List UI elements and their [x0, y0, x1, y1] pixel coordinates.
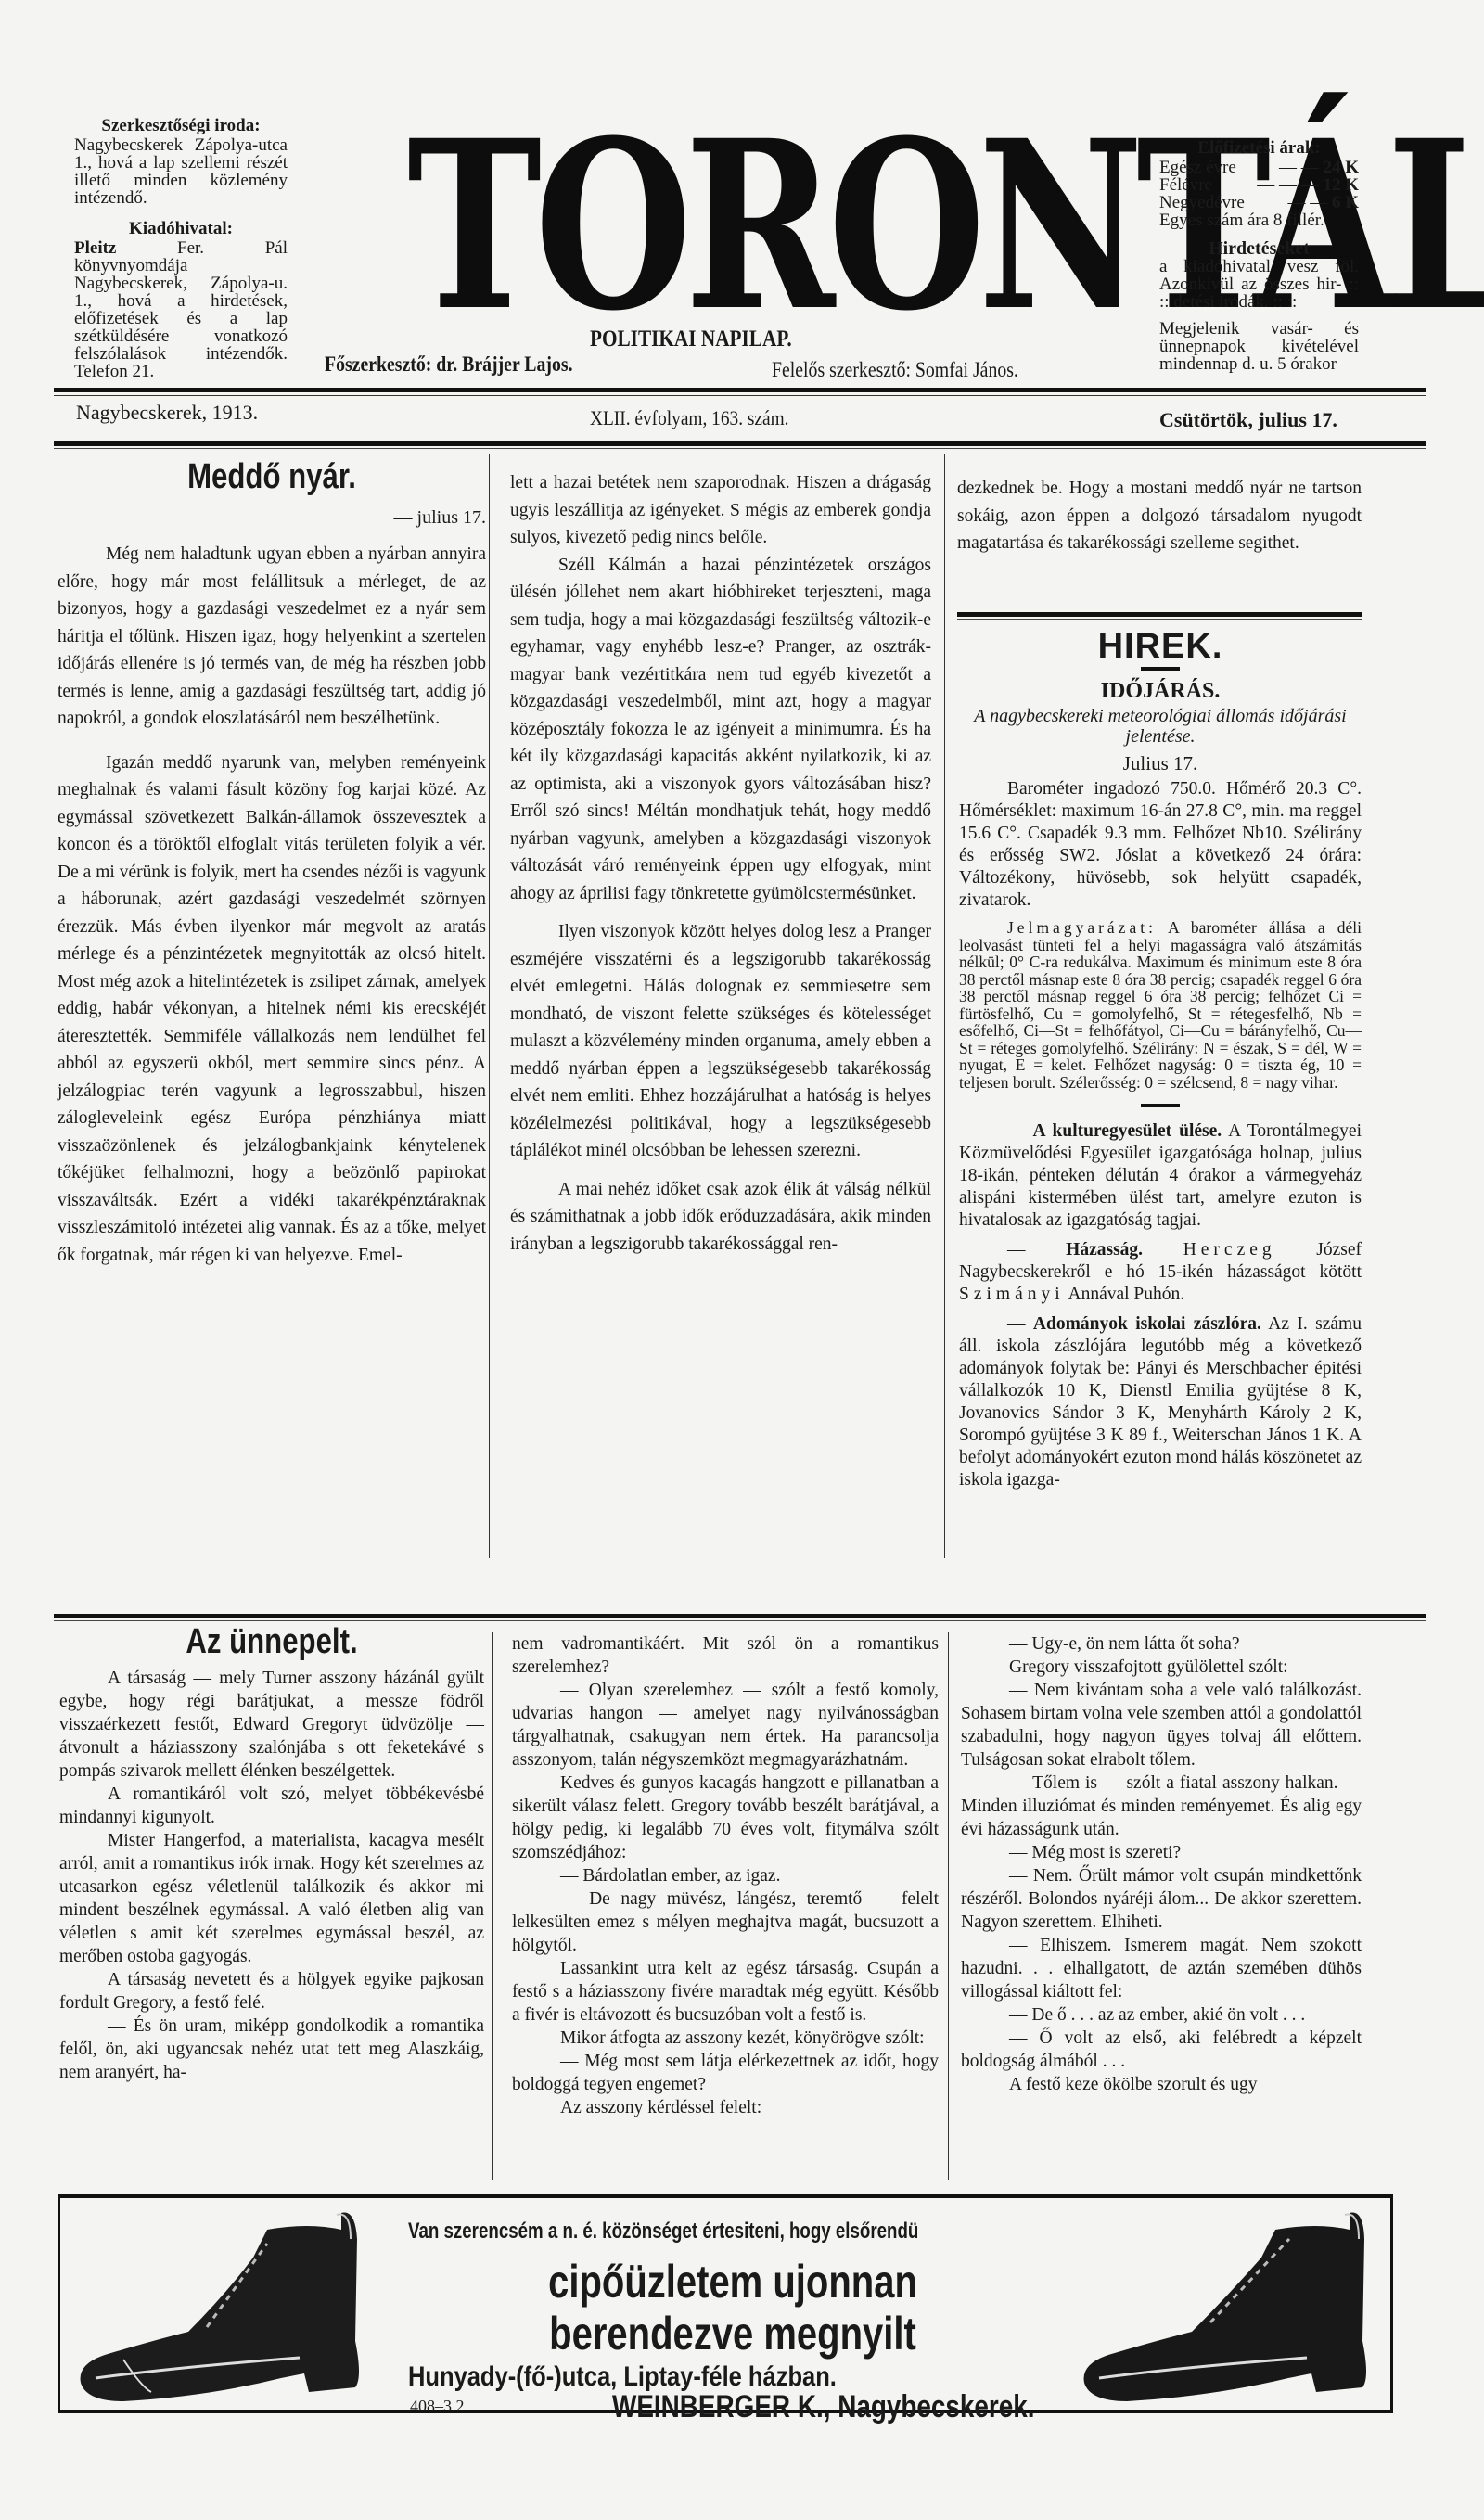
feuilleton-col2: nem vadromantikáért. Mit szól ön a roman…: [512, 1632, 939, 2119]
publishing-office-text: Pleitz Fer. Pál könyvnyomdája Nagybecske…: [74, 239, 288, 380]
paragraph: — És ön uram, miképp gondolkodik a roman…: [59, 2015, 484, 2084]
paragraph: nem vadromantikáért. Mit szól ön a roman…: [512, 1632, 939, 1679]
paragraph: — Még most sem látja elérkezettnek az id…: [512, 2050, 939, 2096]
paragraph: lett a hazai betétek nem szaporodnak. Hi…: [510, 469, 931, 552]
dateline-rule: [54, 441, 1426, 449]
lead-article-col3: dezkednek be. Hogy a mostani meddő nyár …: [957, 475, 1362, 557]
ad-code: 408–3.2: [410, 2397, 465, 2416]
paragraph: Gregory visszafojtott gyülölettel szólt:: [961, 1656, 1362, 1679]
feuilleton-col3: — Ugy-e, ön nem látta őt soha? Gregory v…: [961, 1632, 1362, 2096]
lead-article-headline: Meddő nyár.: [96, 464, 448, 492]
lead-article-col1: Meddő nyár. — julius 17. Még nem haladtu…: [58, 464, 486, 1269]
feuilleton-headline: Az ünnepelt.: [97, 1631, 446, 1654]
paragraph: — Tőlem is — szólt a fiatal asszony halk…: [961, 1772, 1362, 1841]
news-item-marriage: — Házasság. Herczeg József Nagybecskerek…: [959, 1239, 1362, 1306]
paragraph: — Bárdolatlan ember, az igaz.: [512, 1864, 939, 1887]
paragraph: Széll Kálmán a hazai pénzintézetek orszá…: [510, 552, 931, 908]
paragraph: Az asszony kérdéssel felelt:: [512, 2096, 939, 2119]
paragraph: — Ő volt az első, aki felébredt a képzel…: [961, 2027, 1362, 2073]
masthead-rule-thin: [54, 395, 1426, 396]
column-divider: [492, 1632, 493, 2180]
subscription-box: Előfizetési árak: Egész évre— — 24 K Fél…: [1159, 139, 1359, 373]
subscription-heading: Előfizetési árak:: [1159, 139, 1359, 157]
ad-address: Hunyady-(fő-)utca, Liptay-féle házban.: [408, 2361, 837, 2393]
paragraph: Igazán meddő nyarunk van, melyben remény…: [58, 749, 486, 1270]
weather-legend: Jelmagyarázat: A barométer állása a déli…: [959, 919, 1362, 1091]
paragraph: — Olyan szerelemhez — szólt a festő komo…: [512, 1679, 939, 1772]
responsible-editor: Felelős szerkesztő: Somfai János.: [772, 358, 1018, 382]
publication-schedule: Megjelenik vasár- és ünnepnapok kivételé…: [1159, 320, 1359, 373]
editorial-office-heading: Szerkesztőségi iroda:: [74, 117, 288, 134]
editorial-office-box: Szerkesztőségi iroda: Nagybecskerek Zápo…: [74, 117, 288, 380]
paragraph: — De ő . . . az az ember, akié ön volt .…: [961, 2003, 1362, 2027]
ads-info-text: a kiadóhivatal vesz föl. Azonkivül az ös…: [1159, 258, 1359, 311]
dateline-volume-issue: XLII. évfolyam, 163. szám.: [590, 406, 789, 430]
single-issue-price: Egyes szám ára 8 fillér.: [1159, 211, 1359, 229]
feuilleton-rule: [54, 1614, 1426, 1621]
shoe-shop-advertisement: Van szerencsém a n. é. közönséget értesi…: [58, 2194, 1393, 2413]
weather-date: Julius 17.: [959, 752, 1362, 774]
paragraph: A mai nehéz időket csak azok élik át vál…: [510, 1176, 931, 1259]
paragraph: — Elhiszem. Ismerem magát. Nem szokott h…: [961, 1934, 1362, 2003]
paragraph: Kedves és gunyos kacagás hangzott e pill…: [512, 1772, 939, 1864]
editorial-office-text: Nagybecskerek Zápolya-utca 1., hová a la…: [74, 136, 288, 207]
feuilleton-col1: Az ünnepelt. A társaság — mely Turner as…: [59, 1631, 484, 2084]
paragraph: A romantikáról volt szó, melyet többékev…: [59, 1783, 484, 1829]
weather-title: IDŐJÁRÁS.: [959, 680, 1362, 702]
lead-article-col2: lett a hazai betétek nem szaporodnak. Hi…: [510, 469, 931, 1258]
paragraph: — Nem kivántam soha a vele való találkoz…: [961, 1679, 1362, 1772]
weather-subtitle: A nagybecskereki meteorológiai állomás i…: [959, 706, 1362, 747]
paragraph: A társaság — mely Turner asszony házánál…: [59, 1667, 484, 1783]
publishing-office-heading: Kiadóhivatal:: [74, 220, 288, 237]
paragraph: Ilyen viszonyok között helyes dolog lesz…: [510, 918, 931, 1165]
ad-firm-name: WEINBERGER K., Nagybecskerek.: [612, 2389, 1035, 2425]
news-section: HIREK. IDŐJÁRÁS. A nagybecskereki meteor…: [959, 635, 1362, 1491]
news-item-school-flag-donations: — Adományok iskolai zászlóra. Az I. szám…: [959, 1313, 1362, 1491]
paragraph: A festő keze ökölbe szorult és ugy: [961, 2073, 1362, 2096]
dateline-place-year: Nagybecskerek, 1913.: [76, 401, 258, 425]
lead-article-date: — julius 17.: [58, 505, 486, 532]
paragraph: — De nagy müvész, lángész, teremtő — fel…: [512, 1887, 939, 1957]
paragraph: — Még most is szereti?: [961, 1841, 1362, 1864]
newspaper-subtitle: POLITIKAI NAPILAP.: [590, 326, 792, 352]
weather-report: Barométer ingadozó 750.0. Hőmérő 20.3 C°…: [959, 778, 1362, 912]
paragraph: Mister Hangerfod, a materialista, kacagv…: [59, 1829, 484, 1968]
news-section-rule: [957, 612, 1362, 620]
news-item-culture-association: — A kulturegyesület ülése. A Torontálmeg…: [959, 1120, 1362, 1232]
column-divider: [489, 454, 490, 1558]
newspaper-title-logo: TORONTÁL: [407, 119, 1058, 332]
divider-dash: [1141, 667, 1180, 671]
paragraph: — Nem. Őrült mámor volt csupán mindkettő…: [961, 1864, 1362, 1934]
divider-dash: [1141, 1104, 1180, 1107]
boot-illustration-left: [68, 2202, 374, 2411]
price-row: Félévre— — — 12 K: [1159, 176, 1359, 194]
dateline-day-date: Csütörtök, julius 17.: [1159, 408, 1337, 432]
price-row: Egész évre— — 24 K: [1159, 159, 1359, 176]
masthead-rule: [54, 388, 1426, 392]
paragraph: — Ugy-e, ön nem látta őt soha?: [961, 1632, 1362, 1656]
paragraph: dezkednek be. Hogy a mostani meddő nyár …: [957, 475, 1362, 557]
paragraph: Lassankint utra kelt az egész társaság. …: [512, 1957, 939, 2027]
ad-headline: cipőüzletem ujonnan berendezve megnyilt: [506, 2256, 959, 2360]
column-divider: [948, 1632, 949, 2180]
boot-illustration-right: [1071, 2202, 1377, 2411]
price-row: Negyedévre— — 6 K: [1159, 194, 1359, 211]
editor-in-chief: Főszerkesztő: dr. Brájjer Lajos.: [325, 352, 573, 377]
ad-intro-text: Van szerencsém a n. é. közönséget értesi…: [408, 2219, 918, 2245]
publisher-name: Pleitz: [74, 238, 116, 258]
paragraph: A társaság nevetett és a hölgyek egyike …: [59, 1968, 484, 2015]
ads-heading: Hirdetéseket: [1159, 240, 1359, 258]
column-divider: [944, 454, 945, 1558]
paragraph: Még nem haladtunk ugyan ebben a nyárban …: [58, 541, 486, 733]
paragraph: Mikor átfogta az asszony kezét, könyörög…: [512, 2027, 939, 2050]
news-section-title: HIREK.: [959, 635, 1362, 658]
